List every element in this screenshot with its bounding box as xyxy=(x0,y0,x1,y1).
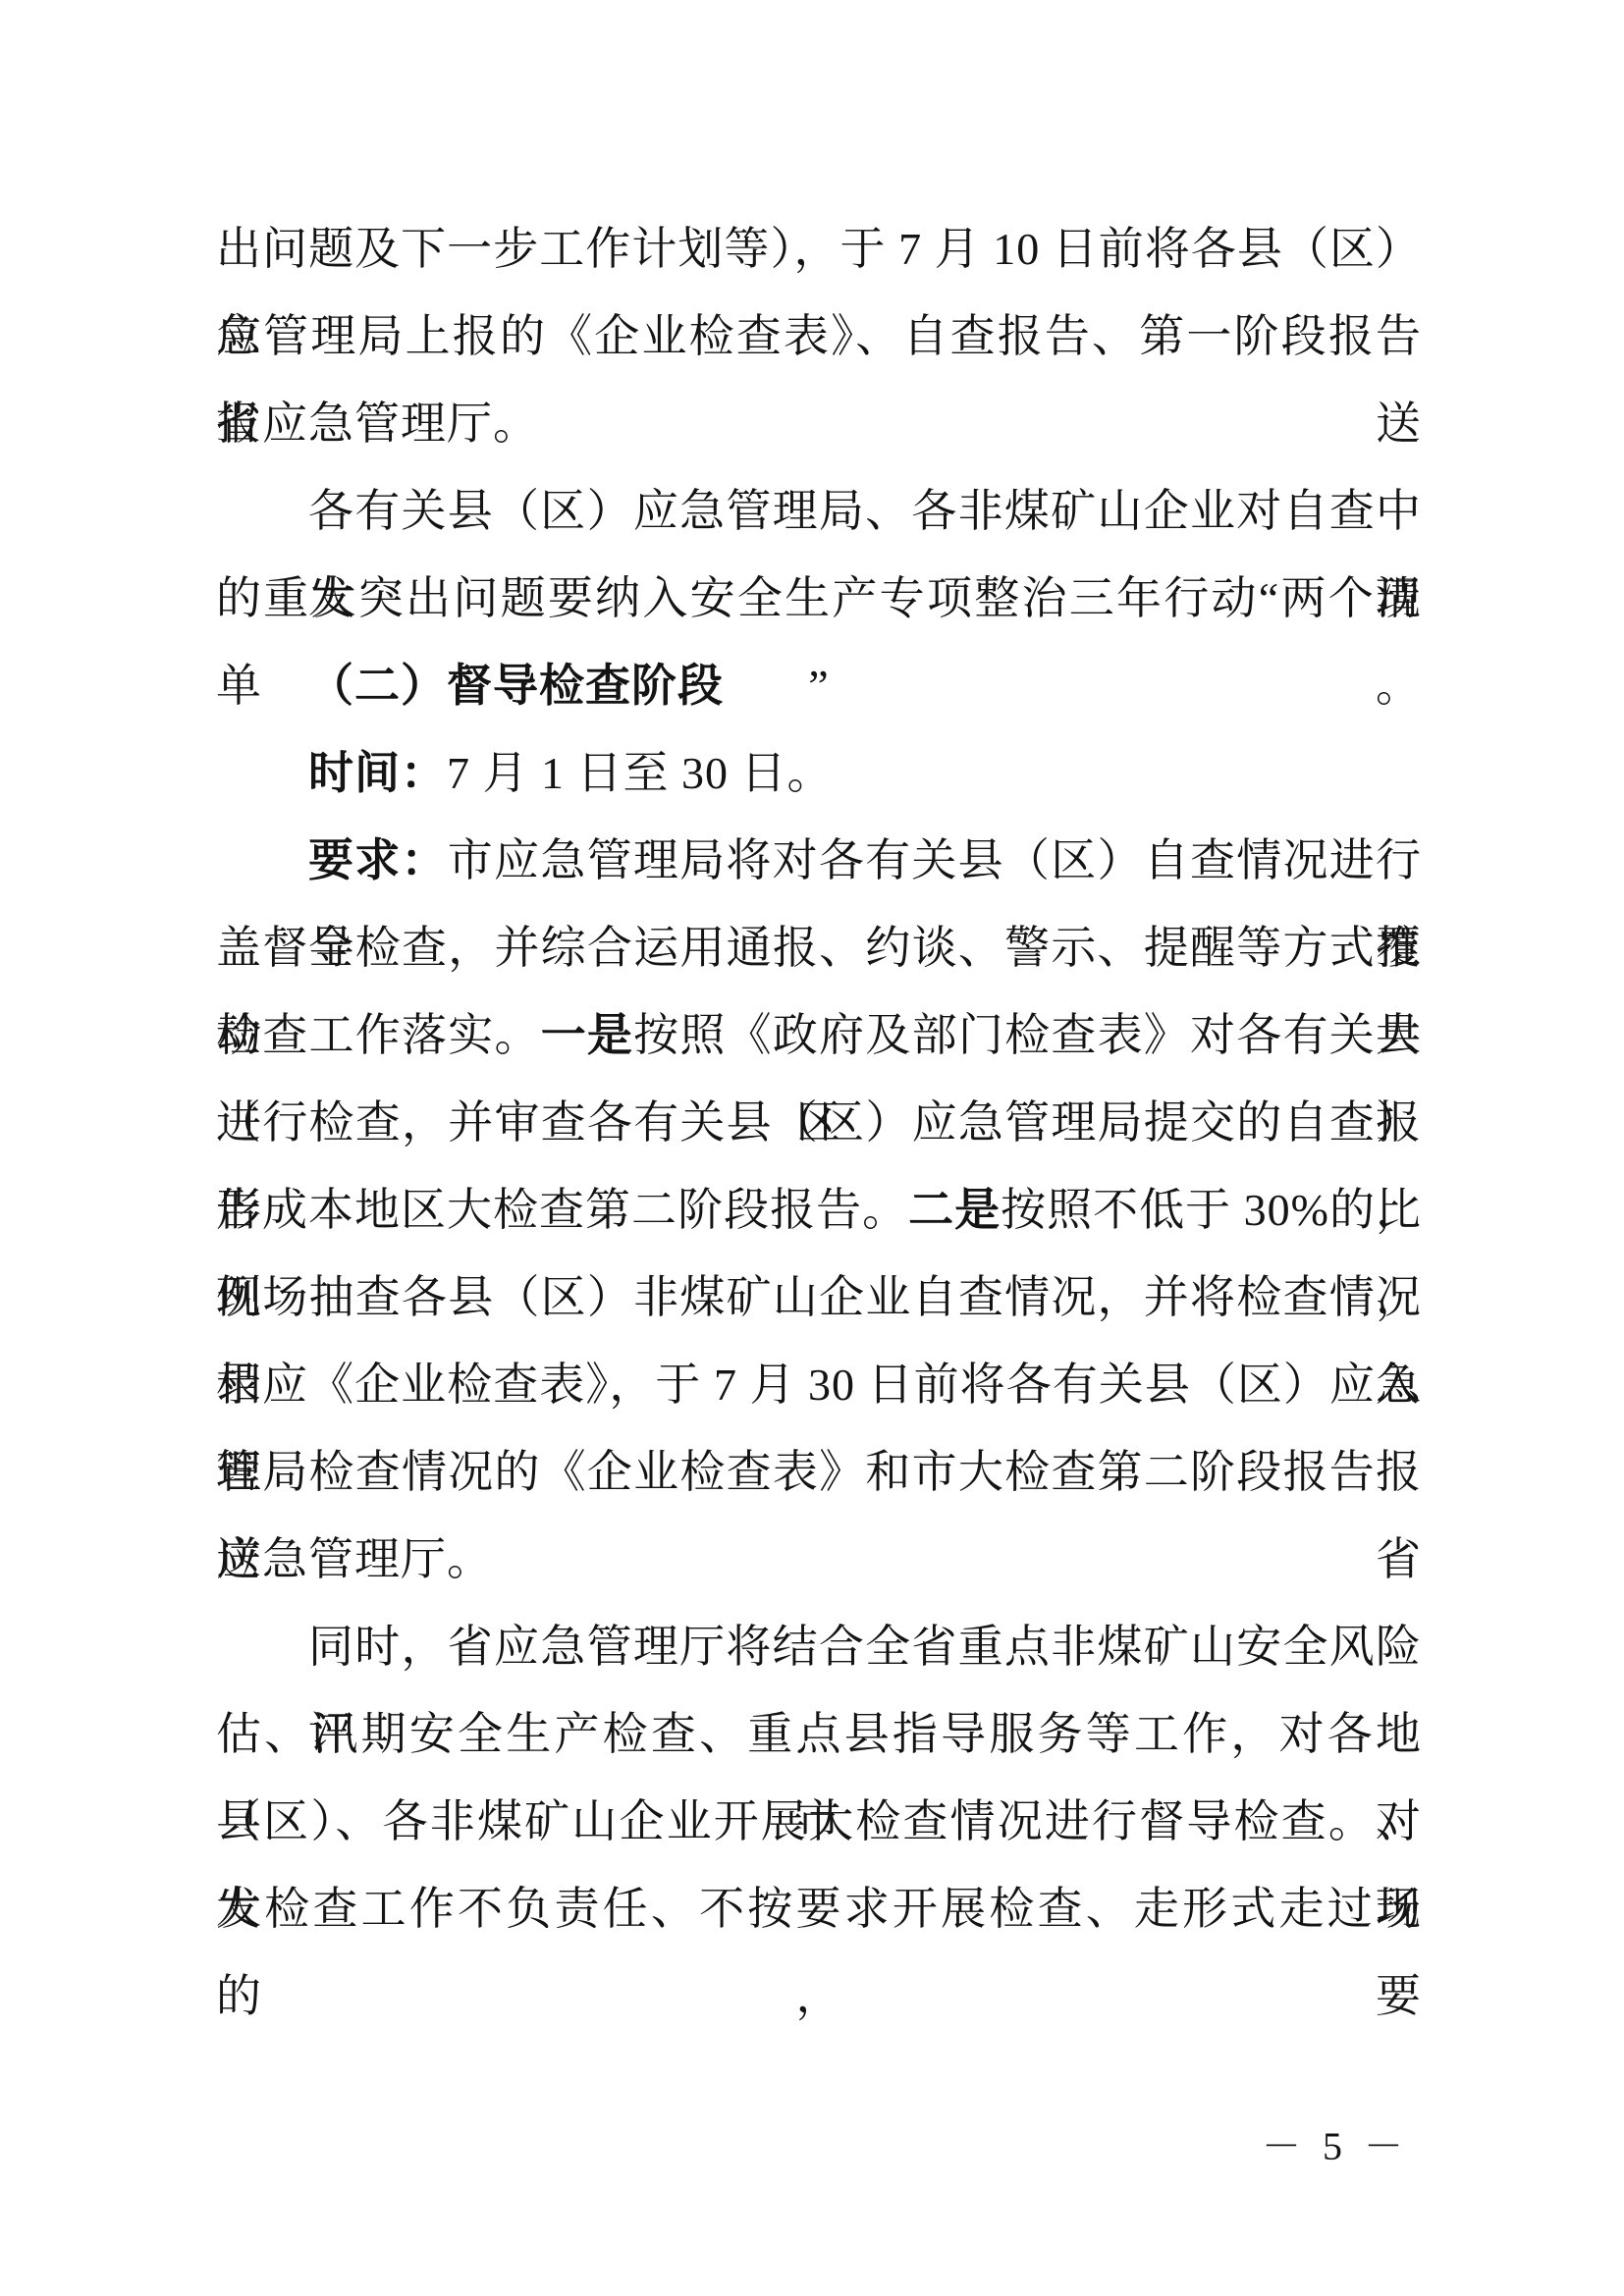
text-line: 县区）、各非煤矿山企业开展大检查情况进行督导检查。对发现 xyxy=(216,1778,1422,1865)
text-line: 现场抽查各县（区）非煤矿山企业自查情况，并将检查情况录入 xyxy=(216,1254,1422,1341)
text-line: 的重大突出问题要纳入安全生产专项整治三年行动“两个清单”。 xyxy=(216,555,1422,642)
text-segment: 形成本地区大检查第二阶段报告。 xyxy=(216,1185,908,1235)
text-line: 盖督导检查，并综合运用通报、约谈、警示、提醒等方式推动大 xyxy=(216,904,1422,991)
text-segment-bold: （二）督导检查阶段 xyxy=(308,661,724,711)
document-page: 出问题及下一步工作计划等），于 7 月 10 日前将各县（区）应急管理局上报的《… xyxy=(0,0,1624,2296)
text-line: 理局检查情况的《企业检查表》和市大检查第二阶段报告报送省 xyxy=(216,1428,1422,1516)
text-segment: 大检查工作不负责任、不按要求开展检查、走形式走过场的，要 xyxy=(216,1884,1422,2021)
text-segment-bold: 要求： xyxy=(308,835,448,885)
text-line: 估、汛期安全生产检查、重点县指导服务等工作，对各地（市、 xyxy=(216,1690,1422,1778)
text-segment: 7 月 1 日至 30 日。 xyxy=(447,748,834,798)
text-segment: 省应急管理厅。 xyxy=(216,399,539,449)
text-line: 各有关县（区）应急管理局、各非煤矿山企业对自查中发现 xyxy=(216,467,1422,555)
text-segment-bold: 时间： xyxy=(308,748,447,798)
text-line: 检查工作落实。一是按照《政府及部门检查表》对各有关县（区） xyxy=(216,991,1422,1079)
text-line: 要求：市应急管理局将对各有关县（区）自查情况进行全覆 xyxy=(216,817,1422,904)
text-line: 大检查工作不负责任、不按要求开展检查、走形式走过场的，要 xyxy=(216,1865,1422,1952)
text-line: 时间：7 月 1 日至 30 日。 xyxy=(216,729,1422,817)
text-line: 急管理局上报的《企业检查表》、自查报告、第一阶段报告报送 xyxy=(216,293,1422,380)
text-segment-bold: 一是 xyxy=(541,1010,633,1060)
page-number: － 5 － xyxy=(1262,2117,1409,2176)
text-line: 形成本地区大检查第二阶段报告。二是按照不低于 30%的比例， xyxy=(216,1166,1422,1254)
text-line: 出问题及下一步工作计划等），于 7 月 10 日前将各县（区）应 xyxy=(216,205,1422,293)
document-body: 出问题及下一步工作计划等），于 7 月 10 日前将各县（区）应急管理局上报的《… xyxy=(216,205,1422,1952)
text-line: 相应《企业检查表》，于 7 月 30 日前将各有关县（区）应急管 xyxy=(216,1341,1422,1428)
text-segment: 应急管理厅。 xyxy=(216,1534,493,1584)
text-line: 进行检查，并审查各有关县（区）应急管理局提交的自查报告， xyxy=(216,1079,1422,1166)
text-segment: 检查工作落实。 xyxy=(216,1010,541,1060)
text-segment-bold: 二是 xyxy=(908,1185,1001,1235)
text-line: 同时，省应急管理厅将结合全省重点非煤矿山安全风险评 xyxy=(216,1603,1422,1690)
